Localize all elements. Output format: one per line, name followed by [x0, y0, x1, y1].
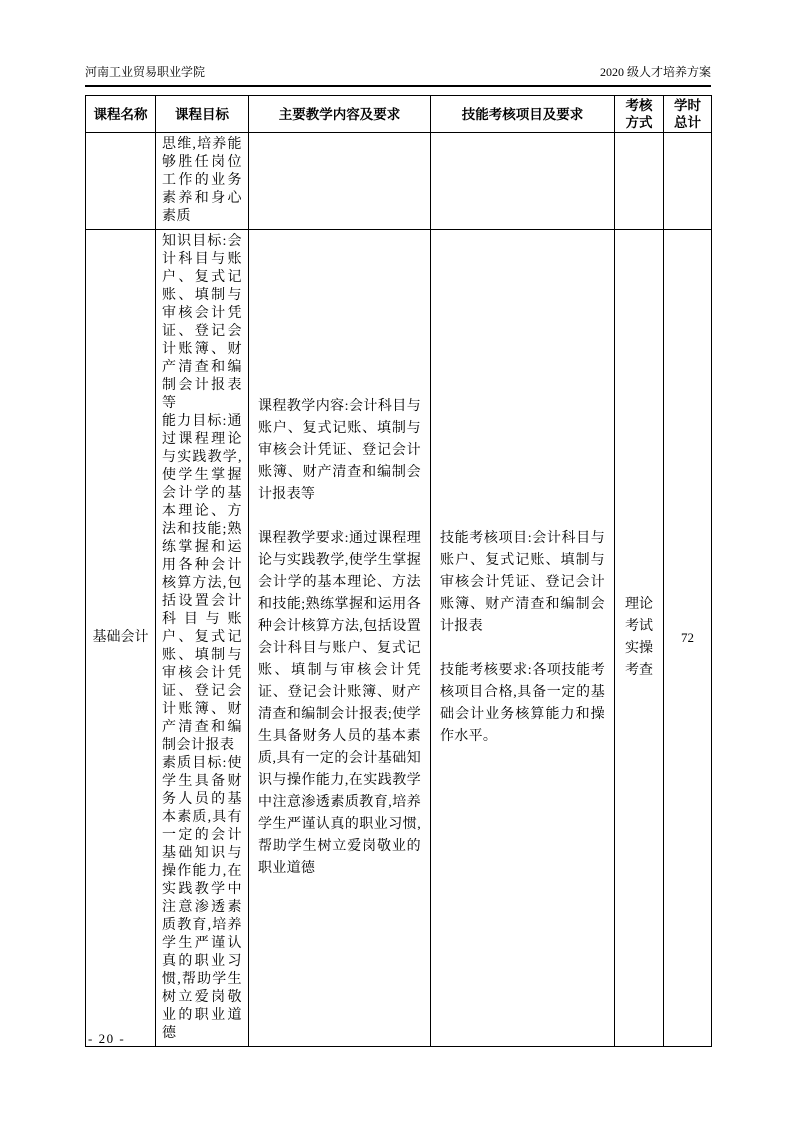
cell-teaching-content: 课程教学内容:会计科目与账户、复式记账、填制与审核会计凭证、登记会计账簿、财产清… [249, 230, 431, 1047]
column-header-course-name: 课程名称 [86, 96, 156, 133]
column-header-assessment-method: 考核 方式 [615, 96, 664, 133]
cell-assessment-method [615, 133, 664, 230]
column-header-skill-assessment: 技能考核项目及要求 [431, 96, 615, 133]
table-row-continuation: 思维,培养能够胜任岗位工作的业务素养和身心素质 [86, 133, 712, 230]
column-header-teaching-content: 主要教学内容及要求 [249, 96, 431, 133]
table-row-basic-accounting: 基础会计 知识目标:会计科目与账户、复式记账、填制与审核会计凭证、登记会计账簿、… [86, 230, 712, 1047]
page-header: 河南工业贸易职业学院 2020 级人才培养方案 [85, 64, 711, 87]
header-doc-title: 2020 级人才培养方案 [600, 64, 711, 80]
header-school-name: 河南工业贸易职业学院 [85, 64, 205, 80]
document-page: 河南工业贸易职业学院 2020 级人才培养方案 课程名称 课程目标 主要教学内容… [0, 0, 793, 1122]
page-content: 河南工业贸易职业学院 2020 级人才培养方案 课程名称 课程目标 主要教学内容… [85, 64, 711, 1047]
page-number: - 20 - [88, 1031, 125, 1047]
cell-course-name [86, 133, 156, 230]
cell-skill-assessment: 技能考核项目:会计科目与账户、复式记账、填制与审核会计凭证、登记会计账簿、财产清… [431, 230, 615, 1047]
course-table: 课程名称 课程目标 主要教学内容及要求 技能考核项目及要求 考核 方式 学时 总… [85, 95, 712, 1047]
cell-course-objective: 思维,培养能够胜任岗位工作的业务素养和身心素质 [156, 133, 249, 230]
column-header-course-objective: 课程目标 [156, 96, 249, 133]
table-header-row: 课程名称 课程目标 主要教学内容及要求 技能考核项目及要求 考核 方式 学时 总… [86, 96, 712, 133]
cell-course-name: 基础会计 [86, 230, 156, 1047]
cell-total-hours: 72 [664, 230, 712, 1047]
cell-teaching-content [249, 133, 431, 230]
cell-course-objective: 知识目标:会计科目与账户、复式记账、填制与审核会计凭证、登记会计账簿、财产清查和… [156, 230, 249, 1047]
cell-total-hours [664, 133, 712, 230]
column-header-total-hours: 学时 总计 [664, 96, 712, 133]
cell-skill-assessment [431, 133, 615, 230]
cell-assessment-method: 理论考试 实操考查 [615, 230, 664, 1047]
